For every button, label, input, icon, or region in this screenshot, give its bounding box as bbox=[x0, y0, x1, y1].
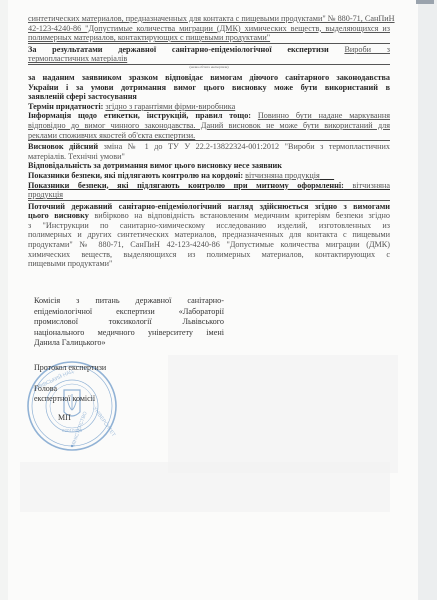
border-control-line: Показники безпеки, які підлягають контро… bbox=[28, 171, 390, 181]
reference-line: синтетических материалов, предназначенны… bbox=[28, 14, 390, 24]
shelf-life-value: згідно з гарантіями фірми-виробника bbox=[105, 102, 235, 111]
commission-text: Комісія з питань державної санітарно- bbox=[34, 296, 224, 307]
commission-block: Комісія з питань державної санітарно- еп… bbox=[34, 296, 224, 349]
supervision-text: полимерных и других синтетических матери… bbox=[28, 230, 390, 240]
supervision-text: з "Инструкции по санитарно-химическому и… bbox=[28, 221, 390, 231]
expertise-result-line: За результатами державної санітарно-епід… bbox=[28, 45, 390, 55]
document-body: синтетических материалов, предназначенны… bbox=[28, 14, 390, 269]
border-control-value: вітчизняна продукція bbox=[245, 171, 320, 180]
validity-value: зміна № 1 до ТУ У 22.2-13822324-001:2012… bbox=[104, 142, 390, 151]
head-label-cont: експертної комісії bbox=[34, 394, 95, 403]
validity-line: Висновок дійсний зміна № 1 до ТУ У 22.2-… bbox=[28, 142, 390, 152]
page-clip-mark bbox=[416, 0, 434, 4]
label-info-line: Інформація щодо етикетки, інструкцій, пр… bbox=[28, 111, 390, 121]
conformity-text: України і за умови дотримання вимог цьог… bbox=[28, 83, 390, 93]
commission-text: Данила Галицького» bbox=[34, 338, 224, 349]
official-stamp-icon: ЛЬВІВСЬКИЙ НАЦ. УНІВЕРСИТЕТ МІНІСТЕРСТВО… bbox=[26, 360, 118, 452]
supervision-text: химических веществ, выделяющихся из поли… bbox=[28, 250, 390, 260]
shelf-life-line: Термін придатності: згідно з гарантіями … bbox=[28, 102, 390, 112]
page-edge bbox=[418, 0, 437, 600]
conformity-text: заявленій сфері застосування bbox=[28, 92, 390, 102]
expertise-object-value: Вироби з bbox=[344, 45, 390, 54]
conformity-text: за наданим заявником зразком відповідає … bbox=[28, 73, 390, 83]
responsibility-text: Відповідальність за дотримання вимог цьо… bbox=[28, 161, 390, 171]
bleed-through-text bbox=[168, 355, 398, 473]
validity-value-cont: матеріалів. Технічні умови" bbox=[28, 152, 390, 162]
supervision-text: продуктами" № 880-71, СанПиН 42-123-4240… bbox=[28, 240, 390, 250]
svg-text:02010703: 02010703 bbox=[62, 428, 83, 433]
supervision-label: Поточний державний санітарно-епідеміолог… bbox=[28, 202, 390, 212]
bleed-through-text-lower bbox=[20, 462, 390, 512]
validity-label: Висновок дійсний bbox=[28, 142, 98, 151]
shelf-life-label: Термін придатності: bbox=[28, 102, 103, 111]
protocol-label: Протокол експертизи bbox=[34, 363, 106, 372]
reference-line: 42-123-4240-86 "Допустимые количества ми… bbox=[28, 24, 390, 34]
customs-control-value-cont: продукція bbox=[28, 190, 390, 201]
supervision-label-cont: цього висновку bbox=[28, 211, 89, 220]
label-info-value-cont: реклами споживчих якостей об'єкта експер… bbox=[28, 131, 390, 142]
customs-control-value: вітчизняна bbox=[352, 181, 390, 190]
label-info-value-cont: відповідно до вимог чинного законодавств… bbox=[28, 121, 390, 131]
border-control-label: Показники безпеки, які підлягають контро… bbox=[28, 171, 243, 180]
label-info-value: Повинно бути надане маркування bbox=[258, 111, 390, 120]
customs-control-label: Показники безпеки, які підлягають контро… bbox=[28, 181, 344, 190]
reference-line: полимерных материалов, контактирующих с … bbox=[28, 33, 390, 44]
supervision-text: вибірково на відповідність встановленим … bbox=[94, 211, 390, 220]
label-info-label: Інформація щодо етикетки, інструкцій, пр… bbox=[28, 111, 251, 120]
head-label: Голова bbox=[34, 384, 57, 393]
expertise-object-value-cont: термопластичних матеріалів bbox=[28, 54, 127, 63]
commission-text: промислової токсикології Львівського bbox=[34, 317, 224, 328]
supervision-line: цього висновку вибірково на відповідніст… bbox=[28, 211, 390, 221]
commission-text: епідеміологічної експертизи «Лабораторії bbox=[34, 307, 224, 318]
expertise-object-line: термопластичних матеріалів bbox=[28, 54, 390, 65]
seal-label: МП bbox=[58, 413, 71, 422]
expertise-result-label: За результатами державної санітарно-епід… bbox=[28, 45, 329, 54]
customs-control-line: Показники безпеки, які підлягають контро… bbox=[28, 181, 390, 191]
commission-text: національного медичного університету іме… bbox=[34, 328, 224, 339]
supervision-text: пищевыми продуктами" bbox=[28, 259, 390, 269]
